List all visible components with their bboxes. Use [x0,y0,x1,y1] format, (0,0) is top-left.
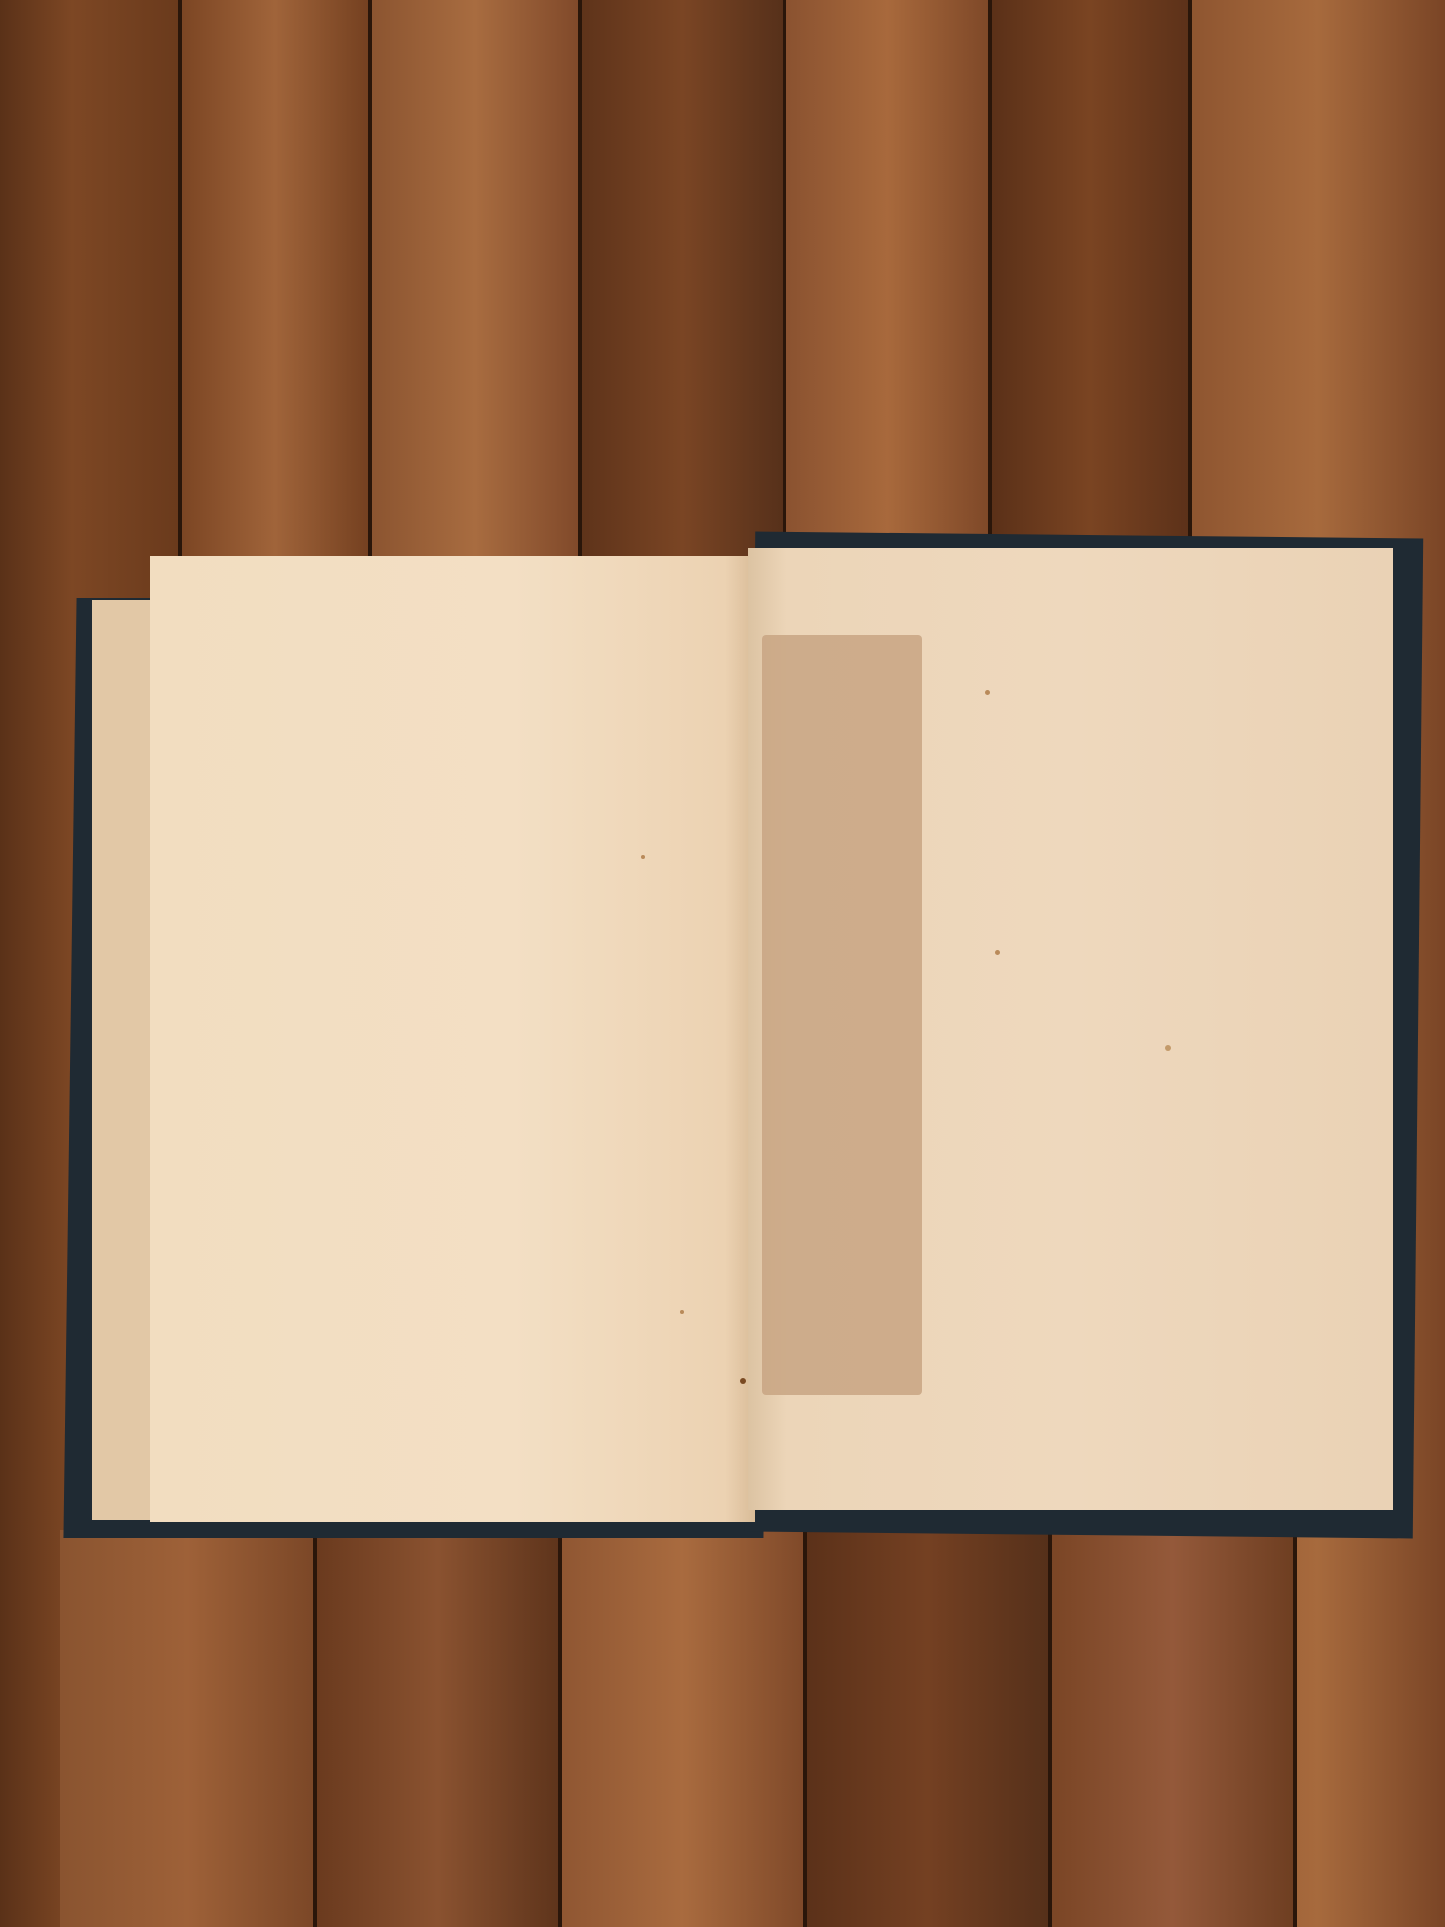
foxing-spot [740,1378,746,1384]
plank-seam [313,1530,317,1927]
plank-seam [988,0,992,560]
floor-plank [1050,1530,1295,1927]
foxing-spot [680,1310,684,1314]
offset-stain [762,635,922,1395]
foxing-spot [1165,1045,1171,1051]
foxing-spot [995,950,1000,955]
floor-plank [315,1530,560,1927]
foxing-spot [985,690,990,695]
floor-plank [785,0,990,560]
plank-seam [1293,1530,1297,1927]
plank-seam [578,0,582,560]
plank-seam [558,1530,562,1927]
plank-seam [178,0,182,560]
foxing-spot [641,855,645,859]
left-page [150,556,755,1522]
plank-seam [1048,1530,1052,1927]
plank-seam [368,0,372,560]
floor-plank [60,1530,315,1927]
floor-plank [370,0,580,560]
floor-plank [560,1530,805,1927]
floor-plank [990,0,1190,560]
floor-plank [580,0,785,560]
floor-plank [805,1530,1050,1927]
floor-plank [180,0,370,560]
plank-seam [783,0,786,560]
plank-seam [803,1530,807,1927]
plank-seam [1188,0,1192,560]
